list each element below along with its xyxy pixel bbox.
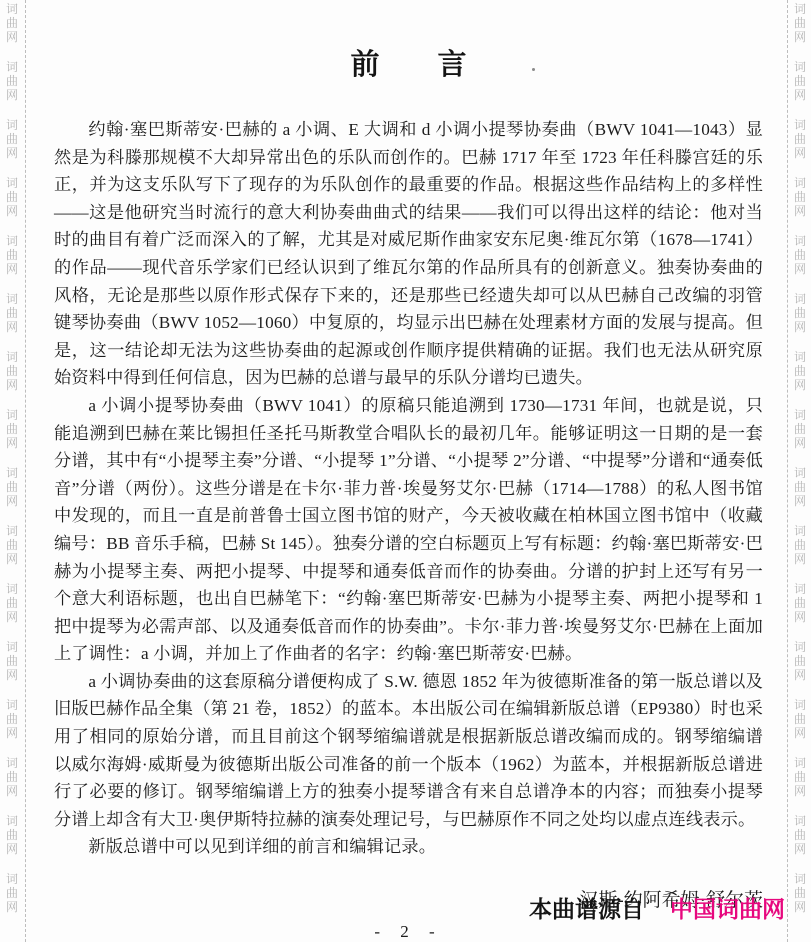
scan-dot-artifact [532, 68, 535, 71]
watermark-char: 网 [794, 378, 806, 392]
watermark-char: 词 [794, 872, 806, 886]
watermark-char: 曲 [6, 16, 18, 30]
watermark-rail-left: 词曲网词曲网词曲网词曲网词曲网词曲网词曲网词曲网词曲网词曲网词曲网词曲网词曲网词… [3, 0, 21, 942]
watermark-char: 词 [794, 582, 806, 596]
footer-brand: 本曲谱源自中国词曲网 [529, 891, 785, 924]
left-dashed-divider [25, 0, 26, 942]
watermark-char: 曲 [794, 16, 806, 30]
watermark-char: 曲 [6, 480, 18, 494]
watermark-group: 词曲网 [6, 60, 18, 102]
watermark-char: 曲 [794, 422, 806, 436]
page-title-text: 前 言 [350, 49, 466, 81]
watermark-group: 词曲网 [6, 582, 18, 624]
watermark-char: 曲 [794, 596, 806, 610]
watermark-group: 词曲网 [794, 176, 806, 218]
watermark-group: 词曲网 [794, 698, 806, 740]
watermark-char: 词 [6, 466, 18, 480]
watermark-char: 网 [6, 436, 18, 450]
watermark-char: 曲 [794, 712, 806, 726]
watermark-group: 词曲网 [6, 640, 18, 682]
watermark-char: 词 [6, 524, 18, 538]
watermark-char: 词 [6, 756, 18, 770]
watermark-char: 网 [794, 726, 806, 740]
watermark-char: 曲 [6, 190, 18, 204]
paragraph: 新版总谱中可以见到详细的前言和编辑记录。 [54, 833, 763, 861]
watermark-char: 词 [794, 756, 806, 770]
watermark-char: 词 [6, 582, 18, 596]
watermark-char: 网 [6, 784, 18, 798]
watermark-group: 词曲网 [794, 756, 806, 798]
watermark-char: 网 [794, 320, 806, 334]
watermark-char: 网 [794, 610, 806, 624]
watermark-char: 网 [6, 320, 18, 334]
watermark-char: 词 [6, 408, 18, 422]
watermark-char: 曲 [6, 74, 18, 88]
watermark-char: 词 [6, 2, 18, 16]
watermark-char: 曲 [6, 132, 18, 146]
watermark-char: 词 [6, 234, 18, 248]
watermark-char: 词 [794, 814, 806, 828]
watermark-group: 词曲网 [794, 292, 806, 334]
watermark-char: 曲 [794, 248, 806, 262]
watermark-char: 网 [794, 668, 806, 682]
watermark-char: 词 [794, 698, 806, 712]
watermark-char: 网 [6, 262, 18, 276]
watermark-char: 词 [6, 640, 18, 654]
watermark-char: 词 [794, 524, 806, 538]
watermark-char: 曲 [794, 654, 806, 668]
watermark-char: 词 [6, 118, 18, 132]
watermark-char: 网 [6, 842, 18, 856]
watermark-char: 曲 [6, 886, 18, 900]
watermark-char: 网 [794, 842, 806, 856]
watermark-group: 词曲网 [794, 466, 806, 508]
page-title: 前 言 [54, 42, 763, 83]
watermark-group: 词曲网 [794, 582, 806, 624]
watermark-char: 曲 [6, 654, 18, 668]
watermark-group: 词曲网 [794, 640, 806, 682]
watermark-char: 词 [794, 466, 806, 480]
watermark-char: 词 [794, 2, 806, 16]
footer-source-label: 本曲谱源自 [529, 896, 644, 922]
watermark-group: 词曲网 [6, 698, 18, 740]
watermark-group: 词曲网 [6, 350, 18, 392]
watermark-char: 网 [794, 88, 806, 102]
watermark-char: 网 [794, 900, 806, 914]
watermark-char: 曲 [6, 248, 18, 262]
paragraph: a 小调协奏曲的这套原稿分谱便构成了 S.W. 德恩 1852 年为彼德斯准备的… [54, 668, 763, 834]
watermark-char: 网 [6, 610, 18, 624]
watermark-char: 词 [794, 292, 806, 306]
watermark-char: 网 [794, 436, 806, 450]
watermark-group: 词曲网 [794, 814, 806, 856]
watermark-char: 词 [6, 60, 18, 74]
watermark-char: 曲 [794, 190, 806, 204]
paragraph: 约翰·塞巴斯蒂安·巴赫的 a 小调、E 大调和 d 小调小提琴协奏曲（BWV 1… [54, 116, 763, 392]
watermark-char: 曲 [6, 422, 18, 436]
watermark-char: 词 [6, 698, 18, 712]
watermark-group: 词曲网 [6, 292, 18, 334]
watermark-char: 曲 [6, 364, 18, 378]
watermark-char: 网 [794, 146, 806, 160]
watermark-group: 词曲网 [794, 872, 806, 914]
watermark-group: 词曲网 [794, 118, 806, 160]
watermark-char: 网 [6, 494, 18, 508]
watermark-char: 网 [794, 494, 806, 508]
watermark-char: 曲 [6, 306, 18, 320]
watermark-char: 网 [6, 88, 18, 102]
watermark-char: 曲 [6, 770, 18, 784]
watermark-char: 网 [794, 784, 806, 798]
watermark-char: 网 [6, 900, 18, 914]
watermark-char: 曲 [794, 74, 806, 88]
watermark-group: 词曲网 [794, 350, 806, 392]
watermark-group: 词曲网 [6, 118, 18, 160]
watermark-char: 网 [6, 726, 18, 740]
watermark-char: 网 [6, 204, 18, 218]
watermark-char: 网 [6, 146, 18, 160]
watermark-char: 词 [794, 408, 806, 422]
watermark-group: 词曲网 [794, 524, 806, 566]
watermark-group: 词曲网 [6, 466, 18, 508]
watermark-char: 曲 [794, 886, 806, 900]
watermark-group: 词曲网 [6, 814, 18, 856]
watermark-char: 网 [6, 552, 18, 566]
watermark-group: 词曲网 [6, 2, 18, 44]
page-content: 前 言 约翰·塞巴斯蒂安·巴赫的 a 小调、E 大调和 d 小调小提琴协奏曲（B… [54, 0, 763, 942]
preface-body: 约翰·塞巴斯蒂安·巴赫的 a 小调、E 大调和 d 小调小提琴协奏曲（BWV 1… [54, 116, 763, 861]
watermark-group: 词曲网 [6, 176, 18, 218]
watermark-char: 曲 [6, 596, 18, 610]
watermark-char: 词 [6, 292, 18, 306]
paragraph: a 小调小提琴协奏曲（BWV 1041）的原稿只能追溯到 1730—1731 年… [54, 392, 763, 668]
watermark-group: 词曲网 [6, 524, 18, 566]
watermark-char: 曲 [794, 828, 806, 842]
watermark-char: 网 [794, 262, 806, 276]
watermark-group: 词曲网 [6, 234, 18, 276]
watermark-char: 词 [6, 176, 18, 190]
watermark-char: 词 [794, 350, 806, 364]
watermark-group: 词曲网 [794, 2, 806, 44]
watermark-char: 词 [6, 350, 18, 364]
watermark-char: 网 [6, 378, 18, 392]
watermark-char: 网 [794, 30, 806, 44]
watermark-char: 曲 [794, 538, 806, 552]
watermark-group: 词曲网 [794, 408, 806, 450]
watermark-char: 曲 [794, 364, 806, 378]
watermark-char: 网 [794, 552, 806, 566]
watermark-group: 词曲网 [6, 756, 18, 798]
watermark-char: 词 [794, 176, 806, 190]
watermark-char: 曲 [794, 480, 806, 494]
watermark-char: 词 [6, 814, 18, 828]
watermark-group: 词曲网 [6, 872, 18, 914]
page-number: - 2 - [54, 922, 763, 942]
footer-site-name: 中国词曲网 [670, 896, 785, 922]
watermark-char: 曲 [794, 306, 806, 320]
watermark-group: 词曲网 [794, 234, 806, 276]
watermark-char: 词 [794, 60, 806, 74]
watermark-group: 词曲网 [6, 408, 18, 450]
watermark-char: 词 [794, 118, 806, 132]
watermark-char: 网 [6, 668, 18, 682]
watermark-char: 曲 [794, 770, 806, 784]
watermark-char: 网 [6, 30, 18, 44]
watermark-rail-right: 词曲网词曲网词曲网词曲网词曲网词曲网词曲网词曲网词曲网词曲网词曲网词曲网词曲网词… [791, 0, 809, 942]
preface-page: { "page": { "title": "前 言", "paragraphs"… [0, 0, 811, 942]
watermark-char: 词 [794, 640, 806, 654]
right-dashed-divider [787, 0, 788, 942]
watermark-char: 曲 [6, 538, 18, 552]
watermark-char: 网 [794, 204, 806, 218]
watermark-group: 词曲网 [794, 60, 806, 102]
watermark-char: 曲 [794, 132, 806, 146]
watermark-char: 词 [6, 872, 18, 886]
watermark-char: 曲 [6, 712, 18, 726]
watermark-char: 曲 [6, 828, 18, 842]
watermark-char: 词 [794, 234, 806, 248]
